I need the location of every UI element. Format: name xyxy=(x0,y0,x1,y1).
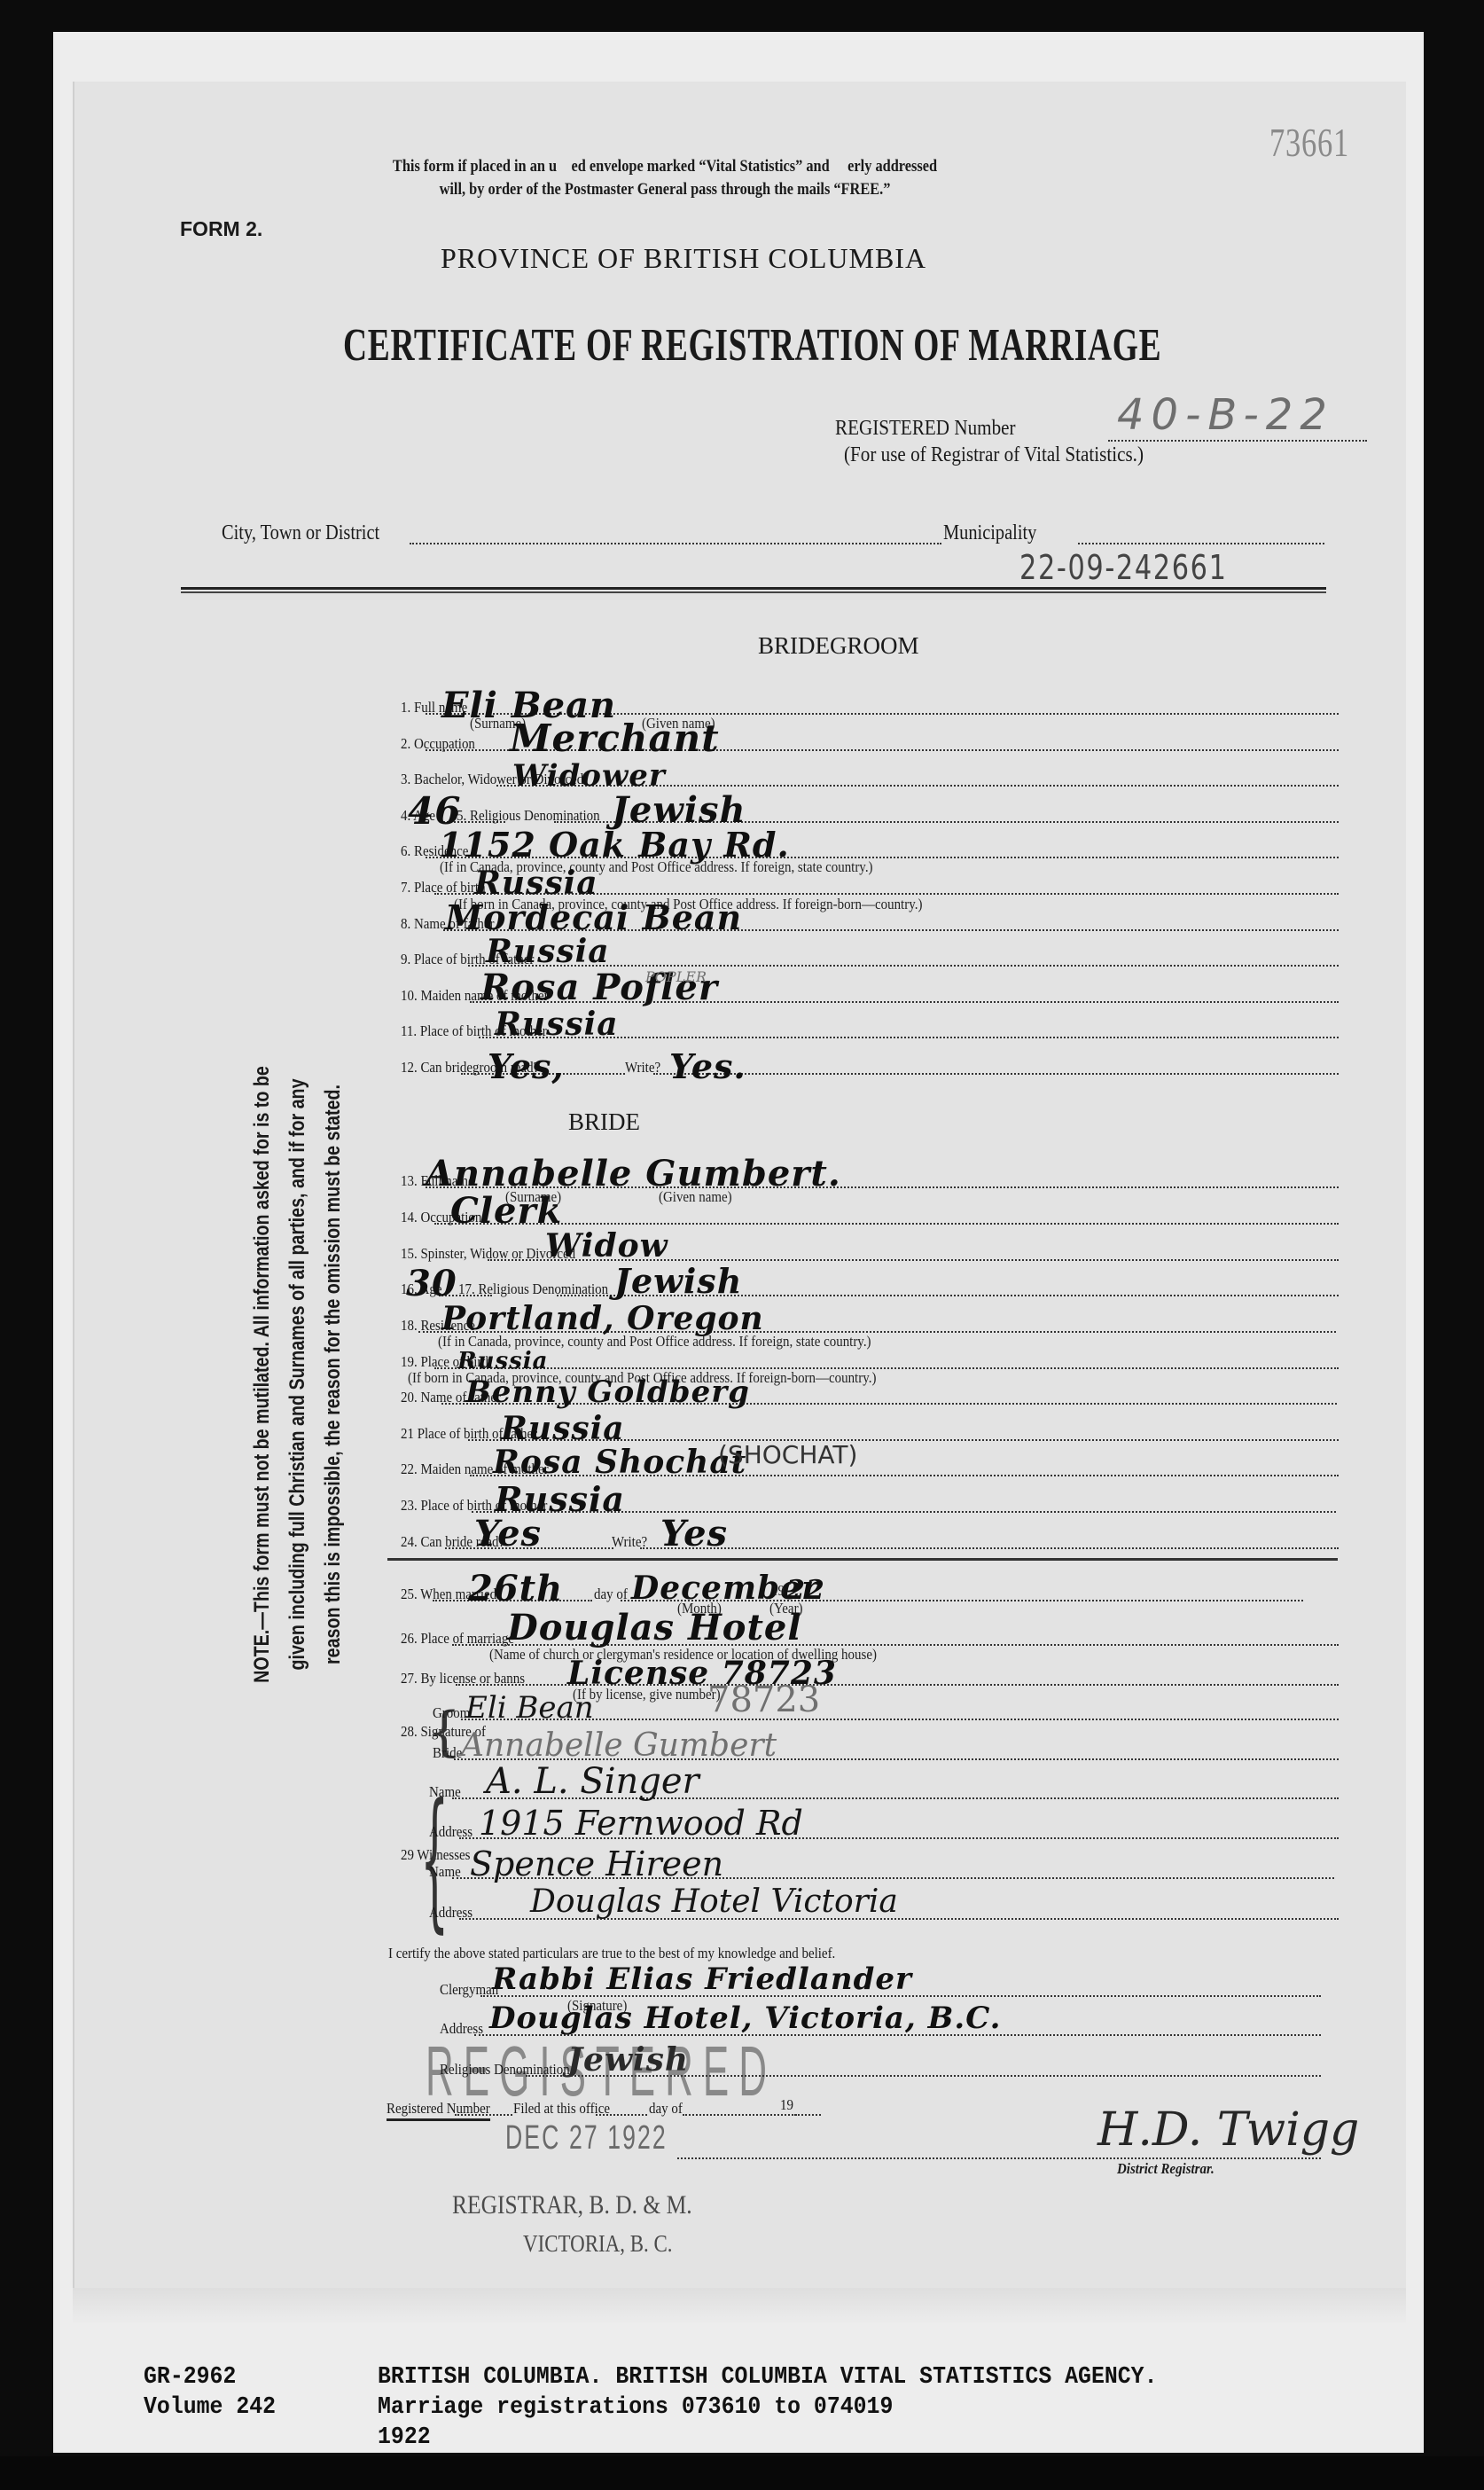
bride-can-write-value: Yes xyxy=(660,1513,728,1554)
archive-range: Marriage registrations 073610 to 074019 xyxy=(378,2394,893,2421)
filed-date-stamp: DEC 27 1922 xyxy=(505,2119,668,2157)
archive-agency: BRITISH COLUMBIA. BRITISH COLUMBIA VITAL… xyxy=(378,2364,1157,2391)
municipality-line xyxy=(1078,543,1324,544)
groom-can-write-value: Yes. xyxy=(669,1046,746,1086)
municipality-label: Municipality xyxy=(943,521,1036,545)
city-district-line xyxy=(410,543,941,544)
bride-occupation-line xyxy=(434,1223,1339,1225)
bride-mother-maiden-value: Rosa Shochat xyxy=(493,1444,746,1481)
when-married-year-prefix: 19 xyxy=(771,1582,785,1600)
bride-father-birthplace-value: Russia xyxy=(501,1410,625,1447)
clergyman-signature: Rabbi Elias Friedlander xyxy=(492,1961,912,1997)
certificate-title: CERTIFICATE OF REGISTRATION OF MARRIAGE xyxy=(343,319,1161,372)
groom-mother-birthplace-value: Russia xyxy=(495,1006,619,1043)
filed-line xyxy=(596,2114,647,2116)
groom-mother-maiden-annotation: POPLER xyxy=(645,968,707,985)
province-heading: PROVINCE OF BRITISH COLUMBIA xyxy=(441,242,926,275)
bride-heading: BRIDE xyxy=(568,1108,640,1136)
clergy-religion-value: Jewish xyxy=(567,2041,689,2079)
bridegroom-heading: BRIDEGROOM xyxy=(758,632,919,660)
registered-number-note: (For use of Registrar of Vital Statistic… xyxy=(844,443,1144,467)
control-number-stamp: 73661 xyxy=(1269,119,1349,166)
bride-can-write-line xyxy=(640,1547,1339,1549)
witness2-address: Douglas Hotel Victoria xyxy=(530,1883,898,1920)
form-bottom-edge xyxy=(73,2288,1406,2323)
bride-status-value: Widow xyxy=(545,1227,668,1265)
bride-religion-value: Jewish xyxy=(614,1261,742,1301)
groom-status-value: Widower xyxy=(512,758,666,794)
file-number: 22-09-242661 xyxy=(1019,548,1228,587)
groom-can-read-value: Yes, xyxy=(488,1046,565,1086)
filed-year-line xyxy=(794,2114,821,2116)
groom-occupation-value: Merchant xyxy=(510,716,720,760)
side-note-line1: NOTE.—This form must not be mutilated. A… xyxy=(245,982,280,1767)
city-district-label: City, Town or District xyxy=(222,521,379,545)
district-registrar-label: District Registrar. xyxy=(1117,2160,1215,2178)
witness1-address: 1915 Fernwood Rd xyxy=(479,1804,803,1843)
archive-series: GR-2962 xyxy=(144,2364,236,2391)
registered-number-value: 40-B-22 xyxy=(1117,390,1334,440)
license-hint: (If by license, give number) xyxy=(573,1686,721,1703)
form-number-label: FORM 2. xyxy=(180,217,262,241)
side-note: NOTE.—This form must not be mutilated. A… xyxy=(245,896,351,1853)
header-double-rule xyxy=(181,587,1326,593)
postal-notice-line2: will, by order of the Postmaster General… xyxy=(360,178,970,201)
marriage-section-rule xyxy=(387,1558,1338,1561)
bride-given-hint: (Given name) xyxy=(659,1188,732,1206)
side-note-line3: reason this is impossible, the reason fo… xyxy=(316,982,351,1767)
groom-can-write-line xyxy=(653,1073,1339,1075)
bride-father-value: Benny Goldberg xyxy=(465,1374,750,1410)
registered-number-footer-line xyxy=(455,2114,512,2116)
place-of-marriage-value: Douglas Hotel xyxy=(507,1607,802,1648)
groom-signature: Eli Bean xyxy=(465,1690,594,1726)
bride-signature: Annabelle Gumbert xyxy=(461,1727,777,1764)
side-note-line2: given including full Christian and Surna… xyxy=(280,982,316,1767)
archive-volume: Volume 242 xyxy=(144,2394,276,2421)
registrar-stamp: REGISTRAR, B. D. & M. xyxy=(452,2190,692,2220)
bride-mother-maiden-annotation: (SHOCHAT) xyxy=(718,1440,857,1469)
victoria-stamp: VICTORIA, B. C. xyxy=(523,2230,673,2258)
bride-can-read-value: Yes xyxy=(474,1513,542,1554)
bride-age-value: 30 xyxy=(406,1263,457,1304)
filed-day-of-label: day of xyxy=(649,2100,683,2118)
bride-full-name-value: Annabelle Gumbert. xyxy=(426,1153,841,1194)
bride-residence-value: Portland, Oregon xyxy=(441,1300,764,1337)
witness2-name: Spence Hireen xyxy=(470,1844,723,1883)
filed-year-prefix: 19 xyxy=(780,2096,793,2114)
postal-notice: This form if placed in an u ed envelope … xyxy=(360,155,970,201)
postal-notice-line1: This form if placed in an u ed envelope … xyxy=(360,155,970,178)
district-registrar-line xyxy=(677,2157,1321,2159)
witness1-name: A. L. Singer xyxy=(486,1761,699,1802)
filed-month-line xyxy=(683,2114,800,2116)
registered-number-line xyxy=(1108,440,1367,442)
when-married-day: 26th xyxy=(468,1568,563,1609)
groom-father-birthplace-value: Russia xyxy=(486,933,610,970)
archive-year: 1922 xyxy=(378,2424,431,2451)
groom-father-value: Mordecai Bean xyxy=(445,897,742,937)
certification-statement: I certify the above stated particulars a… xyxy=(388,1945,835,1962)
bride-occupation-value: Clerk xyxy=(450,1190,562,1232)
registered-number-footer-label: Registered Number xyxy=(387,2100,490,2121)
registered-number-label: REGISTERED Number xyxy=(835,417,1016,441)
license-annotation: 78723 xyxy=(707,1680,820,1720)
scan-border-bottom xyxy=(0,2456,1484,2490)
district-registrar-signature: H.D. Twigg xyxy=(1097,2103,1359,2157)
